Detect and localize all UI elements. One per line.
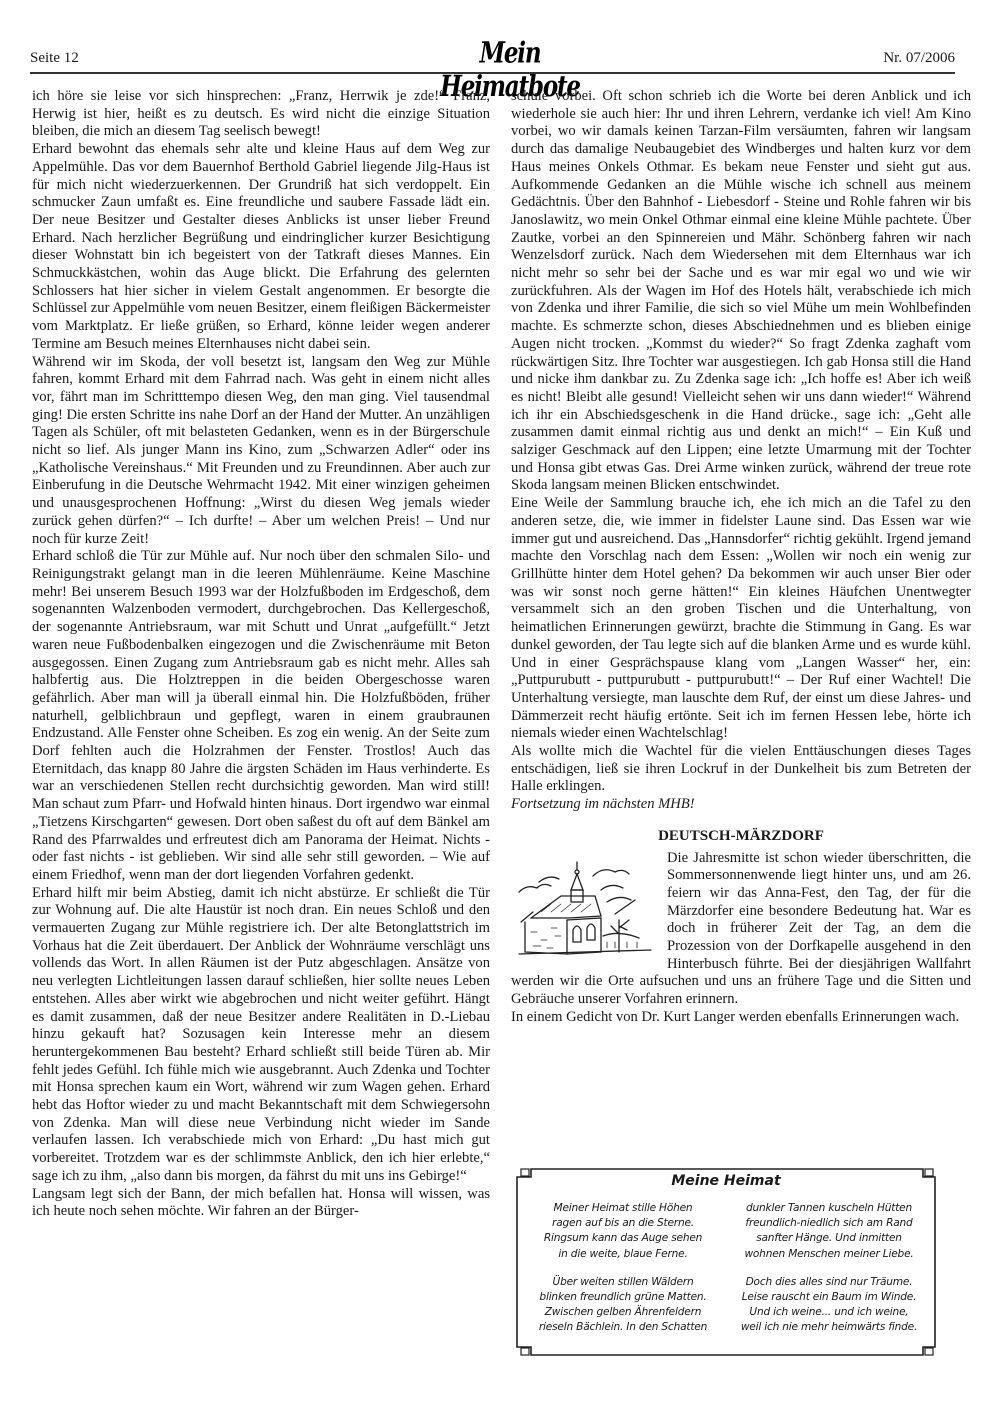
- poem-line: blinken freundlich grüne Matten.: [523, 1290, 723, 1305]
- poem-title: Meine Heimat: [511, 1173, 941, 1189]
- right-column: schule vorbei. Oft schon schrieb ich die…: [511, 88, 971, 1027]
- poem-line: ragen auf bis an die Sterne.: [523, 1216, 723, 1231]
- paragraph: Erhard bewohnt das ehemals sehr alte und…: [32, 141, 490, 353]
- poem-column-left: Meiner Heimat stille Höhen ragen auf bis…: [523, 1201, 723, 1349]
- poem-line: weil ich nie mehr heimwärts finde.: [729, 1320, 929, 1335]
- section-title: DEUTSCH-MÄRZDORF: [511, 828, 971, 846]
- poem-stanza: Über weiten stillen Wäldern blinken freu…: [523, 1275, 723, 1336]
- paragraph: ich höre sie leise vor sich hinsprechen:…: [32, 88, 490, 141]
- poem-column-right: dunkler Tannen kuscheln Hütten freundlic…: [729, 1201, 929, 1349]
- section-deutsch-maerzdorf: Die Jahresmitte ist schon wieder übersch…: [511, 850, 971, 1027]
- poem-line: rieseln Bächlein. In den Schatten: [523, 1320, 723, 1335]
- poem-line: dunkler Tannen kuscheln Hütten: [729, 1201, 929, 1216]
- poem-line: wohnen Menschen meiner Liebe.: [729, 1247, 929, 1262]
- poem-line: in die weite, blaue Ferne.: [523, 1247, 723, 1262]
- paragraph: Als wollte mich die Wachtel für die viel…: [511, 743, 971, 796]
- poem-line: Und ich weine... und ich weine,: [729, 1305, 929, 1320]
- poem-box: Meine Heimat Meiner Heimat stille Höhen …: [511, 1163, 941, 1361]
- poem-line: Doch dies alles sind nur Träume.: [729, 1275, 929, 1290]
- paragraph: Erhard hilft mir beim Abstieg, damit ich…: [32, 885, 490, 1186]
- paragraph: Während wir im Skoda, der voll besetzt i…: [32, 354, 490, 549]
- page-number: Seite 12: [30, 50, 79, 67]
- poem-line: sanfter Hänge. Und inmitten: [729, 1231, 929, 1246]
- church-illustration: [511, 856, 659, 960]
- paragraph: In einem Gedicht von Dr. Kurt Langer wer…: [511, 1009, 971, 1027]
- poem-line: Meiner Heimat stille Höhen: [523, 1201, 723, 1216]
- poem-line: Über weiten stillen Wäldern: [523, 1275, 723, 1290]
- poem-columns: Meiner Heimat stille Höhen ragen auf bis…: [523, 1201, 929, 1349]
- paragraph: Eine Weile der Sammlung brauche ich, ehe…: [511, 495, 971, 743]
- paragraph: schule vorbei. Oft schon schrieb ich die…: [511, 88, 971, 495]
- header-rule: [30, 72, 955, 74]
- poem-line: Ringsum kann das Auge sehen: [523, 1231, 723, 1246]
- poem-stanza: Meiner Heimat stille Höhen ragen auf bis…: [523, 1201, 723, 1262]
- continuation-note: Fortsetzung im nächsten MHB!: [511, 796, 971, 814]
- paragraph: Erhard schloß die Tür zur Mühle auf. Nur…: [32, 548, 490, 884]
- poem-line: Zwischen gelben Ährenfeldern: [523, 1305, 723, 1320]
- poem-stanza: Doch dies alles sind nur Träume. Leise r…: [729, 1275, 929, 1336]
- left-column: ich höre sie leise vor sich hinsprechen:…: [32, 88, 490, 1221]
- poem-line: Leise rauscht ein Baum im Winde.: [729, 1290, 929, 1305]
- poem-stanza: dunkler Tannen kuscheln Hütten freundlic…: [729, 1201, 929, 1262]
- page-header: Seite 12 Mein Heimatbote Nr. 07/2006: [30, 38, 955, 72]
- issue-number: Nr. 07/2006: [883, 50, 955, 67]
- poem-line: freundlich-niedlich sich am Rand: [729, 1216, 929, 1231]
- paragraph: Langsam legt sich der Bann, der mich bef…: [32, 1186, 490, 1221]
